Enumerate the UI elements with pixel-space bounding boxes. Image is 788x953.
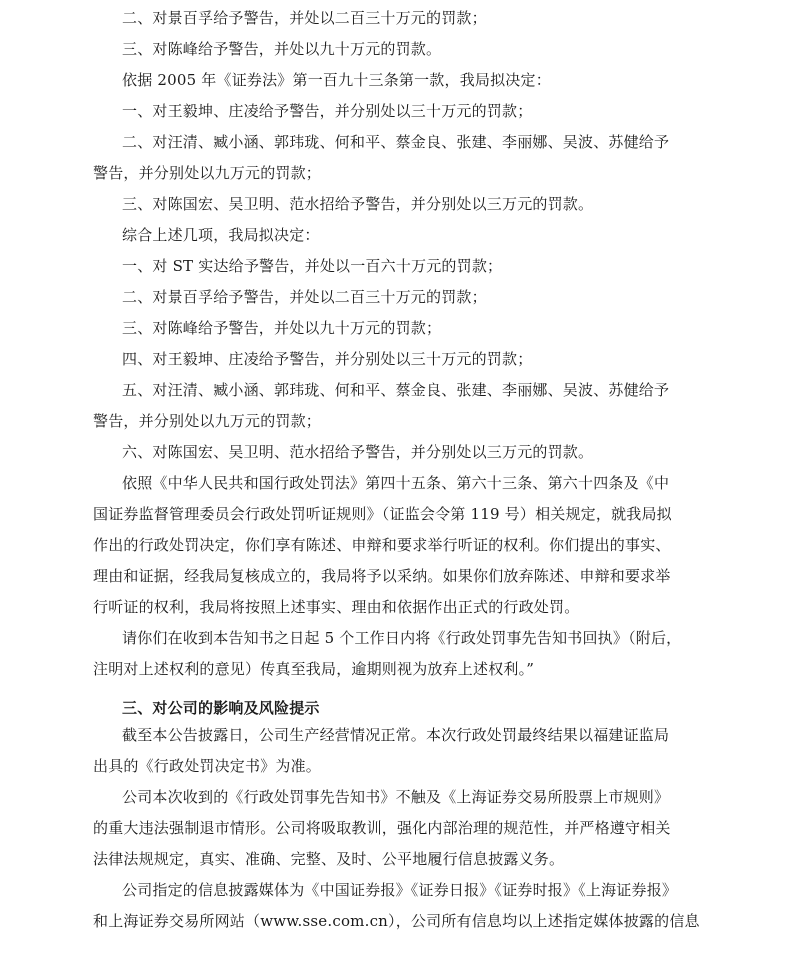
hearing-rights-paragraph-line-2: 国证券监督管理委员会行政处罚听证规则》（证监会令第 119 号）相关规定，就我局… [93,504,672,524]
legal-basis-paragraph: 依据 2005 年《证券法》第一百九十三条第一款，我局拟决定： [122,70,551,90]
summary-item-4: 四、对王毅坤、庄凌给予警告，并分别处以三十万元的罚款； [122,349,532,369]
summary-item-6: 六、对陈国宏、吴卫明、范水招给予警告，并分别处以三万元的罚款。 [122,442,593,462]
penalty-item-3-chen: 三、对陈峰给予警告，并处以九十万元的罚款。 [122,39,441,59]
hearing-rights-paragraph: 依照《中华人民共和国行政处罚法》第四十五条、第六十三条、第六十四条及《中 [122,473,669,493]
impact-paragraph-2-line-3: 法律法规规定，真实、准确、完整、及时、公平地履行信息披露义务。 [93,849,564,869]
media-paragraph-line-2: 和上海证券交易所网站（www.sse.com.cn），公司所有信息均以上述指定媒… [93,911,700,931]
summary-item-5-cont: 警告，并分别处以九万元的罚款； [93,411,321,431]
hearing-rights-paragraph-line-3: 作出的行政处罚决定，你们享有陈述、申辩和要求举行听证的权利。你们提出的事实、 [93,535,671,555]
impact-paragraph-2: 公司本次收到的《行政处罚事先告知书》不触及《上海证券交易所股票上市规则》 [122,787,669,807]
summary-item-5: 五、对汪清、臧小涵、郭玮珑、何和平、蔡金良、张建、李丽娜、吴波、苏健给予 [122,380,669,400]
section-heading-impact: 三、对公司的影响及风险提示 [122,698,320,718]
hearing-rights-paragraph-line-4: 理由和证据，经我局复核成立的，我局将予以采纳。如果你们放弃陈述、申辩和要求举 [93,566,671,586]
penalty-item-3-chenguohong: 三、对陈国宏、吴卫明、范水招给予警告，并分别处以三万元的罚款。 [122,194,593,214]
penalty-item-2-wangqing-cont: 警告，并分别处以九万元的罚款； [93,163,321,183]
penalty-item-2-wangqing: 二、对汪清、臧小涵、郭玮珑、何和平、蔡金良、张建、李丽娜、吴波、苏健给予 [122,132,669,152]
reply-request-paragraph: 请你们在收到本告知书之日起 5 个工作日内将《行政处罚事先告知书回执》（附后， [122,628,681,648]
media-paragraph: 公司指定的信息披露媒体为《中国证券报》《证券日报》《证券时报》《上海证券报》 [122,880,677,900]
penalty-item-1-wang: 一、对王毅坤、庄凌给予警告，并分别处以三十万元的罚款； [122,101,532,121]
reply-request-paragraph-line-2: 注明对上述权利的意见）传真至我局，逾期则视为放弃上述权利。” [93,659,534,679]
impact-paragraph-2-line-2: 的重大违法强制退市情形。公司将吸取教训，强化内部治理的规范性，并严格遵守相关 [93,818,671,838]
summary-item-3: 三、对陈峰给予警告，并处以九十万元的罚款； [122,318,441,338]
summary-item-1: 一、对 ST 实达给予警告，并处以一百六十万元的罚款； [122,256,502,276]
impact-paragraph-1: 截至本公告披露日，公司生产经营情况正常。本次行政处罚最终结果以福建证监局 [122,725,669,745]
impact-paragraph-1-line-2: 出具的《行政处罚决定书》为准。 [93,756,321,776]
penalty-item-2-jing: 二、对景百孚给予警告，并处以二百三十万元的罚款； [122,8,487,28]
summary-item-2: 二、对景百孚给予警告，并处以二百三十万元的罚款； [122,287,487,307]
summary-intro: 综合上述几项，我局拟决定： [122,225,320,245]
hearing-rights-paragraph-line-5: 行听证的权利，我局将按照上述事实、理由和依据作出正式的行政处罚。 [93,597,579,617]
